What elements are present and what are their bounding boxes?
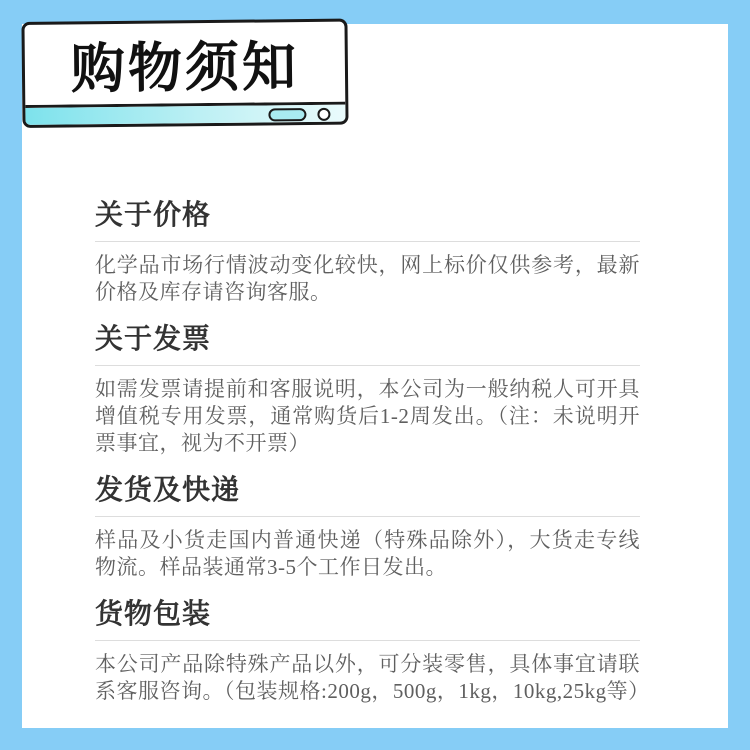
header-badge: 购物须知 xyxy=(21,19,348,128)
section-shipping-body: 样品及小货走国内普通快递（特殊品除外），大货走专线物流。样品装通常3-5个工作日… xyxy=(95,527,640,581)
notice-content: 关于价格 化学品市场行情波动变化较快，网上标价仅供参考，最新价格及库存请咨询客服… xyxy=(95,198,640,721)
section-divider xyxy=(95,640,640,641)
section-shipping-heading: 发货及快递 xyxy=(95,473,640,507)
window-dot-icon xyxy=(317,108,330,121)
section-packaging-heading: 货物包装 xyxy=(95,597,640,631)
section-divider xyxy=(95,365,640,366)
section-divider xyxy=(95,516,640,517)
section-packaging-body: 本公司产品除特殊产品以外，可分装零售，具体事宜请联系客服咨询。（包装规格:200… xyxy=(95,651,640,705)
section-pricing-heading: 关于价格 xyxy=(95,198,640,232)
section-invoice: 关于发票 如需发票请提前和客服说明，本公司为一般纳税人可开具增值税专用发票，通常… xyxy=(95,322,640,457)
page-title: 购物须知 xyxy=(24,22,345,105)
header-decor-bar xyxy=(25,102,345,125)
section-invoice-body: 如需发票请提前和客服说明，本公司为一般纳税人可开具增值税专用发票，通常购货后1-… xyxy=(95,376,640,457)
section-divider xyxy=(95,241,640,242)
window-pill-icon xyxy=(268,108,306,121)
section-invoice-heading: 关于发票 xyxy=(95,322,640,356)
section-packaging: 货物包装 本公司产品除特殊产品以外，可分装零售，具体事宜请联系客服咨询。（包装规… xyxy=(95,597,640,705)
section-pricing-body: 化学品市场行情波动变化较快，网上标价仅供参考，最新价格及库存请咨询客服。 xyxy=(95,252,640,306)
section-pricing: 关于价格 化学品市场行情波动变化较快，网上标价仅供参考，最新价格及库存请咨询客服… xyxy=(95,198,640,306)
section-shipping: 发货及快递 样品及小货走国内普通快递（特殊品除外），大货走专线物流。样品装通常3… xyxy=(95,473,640,581)
